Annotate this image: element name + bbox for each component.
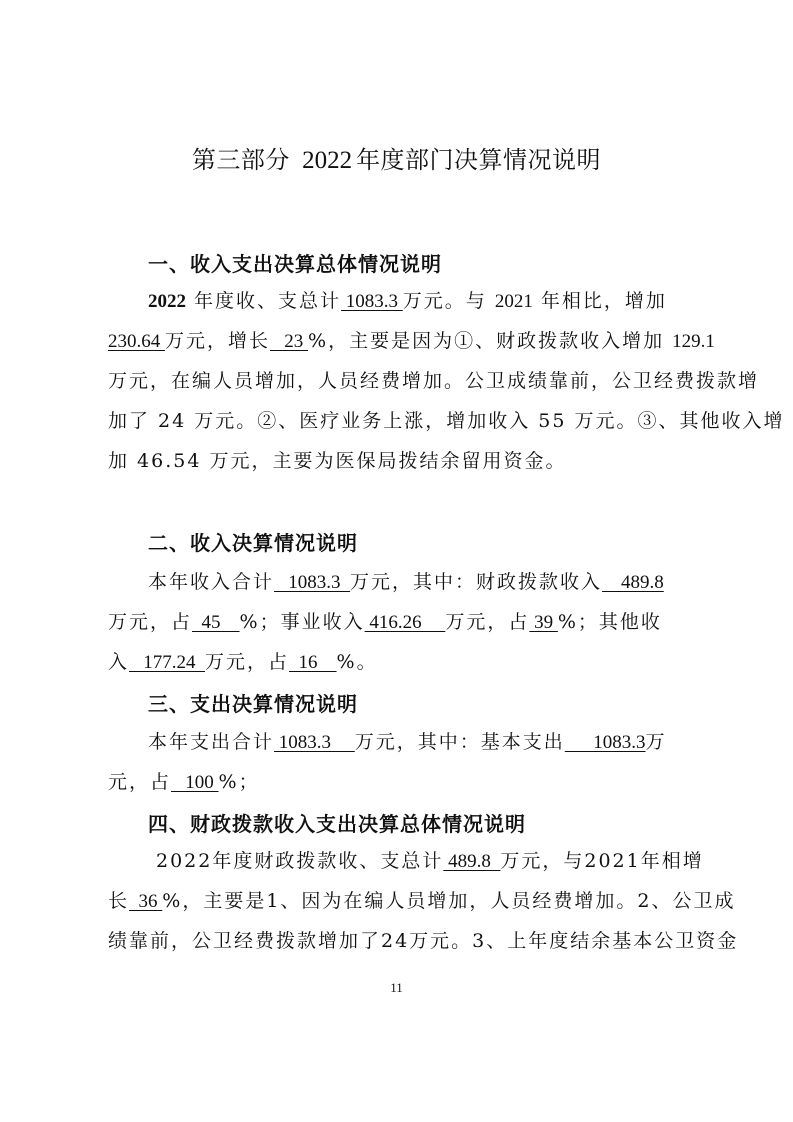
- total-value: 1083.3: [341, 291, 403, 312]
- page-title: 第三部分 2022年度部门决算情况说明: [0, 140, 793, 175]
- section-1-heading: 一、收入支出决算总体情况说明: [148, 248, 442, 277]
- title-year: 2022: [302, 147, 352, 174]
- text: 万元，占: [445, 611, 529, 633]
- text: 万元。与: [403, 290, 495, 312]
- text: 万元，占: [205, 651, 289, 673]
- text: %；: [219, 771, 260, 793]
- document-page: 第三部分 2022年度部门决算情况说明 一、收入支出决算总体情况说明 2022 …: [0, 0, 793, 1122]
- business-percent: 39: [529, 612, 558, 633]
- prev-year: 2021: [495, 291, 533, 312]
- text: %。: [337, 651, 378, 673]
- other-income: 177.24: [129, 652, 205, 673]
- text: %，主要是因为①、财政拨款收入增加: [308, 330, 672, 352]
- growth-percent: 23: [270, 331, 308, 352]
- text: 本年收入合计: [148, 571, 274, 593]
- section-2-heading: 二、收入决算情况说明: [148, 527, 358, 556]
- section-1-line-3: 万元，在编人员增加，人员经费增加。公卫成绩靠前，公卫经费拨款增: [108, 366, 688, 396]
- text: 长: [108, 890, 129, 912]
- basic-expense-percent: 100: [171, 772, 219, 793]
- section-4-line-1: 2022年度财政拨款收、支总计 489.8 万元，与2021年相增: [156, 846, 696, 877]
- fiscal-total: 489.8: [443, 851, 500, 872]
- increase-value: 230.64: [108, 331, 165, 352]
- income-total: 1083.3: [274, 572, 350, 593]
- text: 万: [646, 731, 667, 753]
- section-4-line-2: 长 36 %，主要是1、因为在编人员增加，人员经费增加。2、公卫成: [108, 886, 688, 917]
- text: 万元，占: [108, 611, 192, 633]
- section-2-line-2: 万元，占 45 %；事业收入 416.26 万元，占 39 %；其他收: [108, 607, 688, 638]
- text: 本年支出合计: [148, 731, 274, 753]
- section-3-line-1: 本年支出合计 1083.3 万元，其中：基本支出 1083.3万: [148, 727, 688, 758]
- section-2-line-3: 入 177.24 万元，占 16 %。: [108, 647, 688, 678]
- section-4-heading: 四、财政拨款收入支出决算总体情况说明: [148, 808, 526, 837]
- text: 万元，增长: [165, 330, 270, 352]
- section-1-line-1: 2022 年度收、支总计 1083.3 万元。与 2021 年相比，增加: [148, 286, 688, 317]
- text: 入: [108, 651, 129, 673]
- fiscal-growth-percent: 36: [129, 891, 162, 912]
- text: 元，占: [108, 771, 171, 793]
- other-percent: 16: [289, 652, 337, 673]
- fiscal-percent: 45: [192, 612, 240, 633]
- text: %；事业收入: [240, 611, 365, 633]
- text: %，主要是1、因为在编人员增加，人员经费增加。2、公卫成: [162, 890, 735, 912]
- text: 年度收、支总计: [186, 290, 341, 312]
- section-4-line-3: 绩靠前，公卫经费拨款增加了24万元。3、上年度结余基本公卫资金: [108, 926, 688, 956]
- text: 年相比，增加: [533, 290, 667, 312]
- title-suffix: 年度部门决算情况说明: [356, 146, 601, 174]
- section-3-line-2: 元，占 100 %；: [108, 767, 688, 798]
- section-3-heading: 三、支出决算情况说明: [148, 688, 358, 717]
- title-prefix: 第三部分: [192, 146, 290, 174]
- text: %；其他收: [558, 611, 662, 633]
- basic-expense: 1083.3: [565, 732, 646, 753]
- section-2-line-1: 本年收入合计 1083.3 万元，其中：财政拨款收入 489.8: [148, 567, 688, 598]
- section-1-line-4: 加了 24 万元。②、医疗业务上涨，增加收入 55 万元。③、其他收入增: [108, 406, 688, 436]
- year-bold: 2022: [148, 291, 186, 312]
- section-1-line-5: 加 46.54 万元，主要为医保局拨结余留用资金。: [108, 446, 688, 476]
- text: 2022年度财政拨款收、支总计: [156, 850, 443, 872]
- text: 万元，其中：财政拨款收入: [350, 571, 602, 593]
- expense-total: 1083.3: [274, 732, 355, 753]
- section-1-line-2: 230.64 万元，增长 23 %，主要是因为①、财政拨款收入增加 129.1: [108, 326, 688, 357]
- fiscal-income: 489.8: [602, 572, 664, 593]
- page-number: 11: [0, 980, 793, 996]
- fiscal-increase: 129.1: [672, 331, 715, 352]
- text: 万元，其中：基本支出: [355, 731, 565, 753]
- business-income: 416.26: [365, 612, 446, 633]
- text: 万元，与2021年相增: [500, 850, 703, 872]
